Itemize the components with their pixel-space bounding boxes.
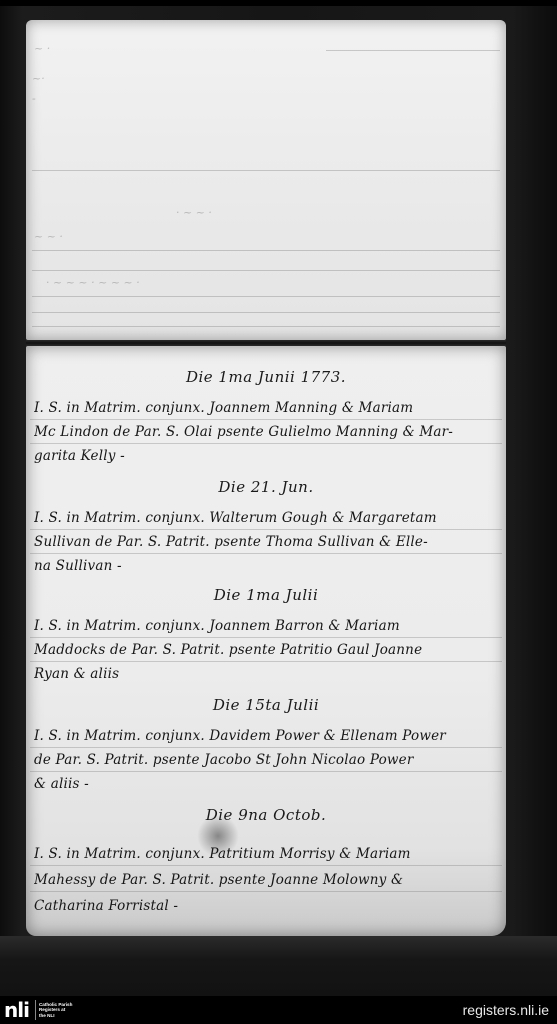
faint-ink-mark: · ~ ~ ~ · ~ ~ ~ · [46,276,140,289]
entry-text-line: de Par. S. Patrit. psente Jacobo St John… [34,752,500,768]
scan-bottom-edge [0,936,557,996]
entry-text-line: & aliis - [34,776,500,792]
faint-ink-mark: ~ · [34,42,50,55]
ruled-line [30,865,502,866]
entry-text-line: Ryan & aliis [34,666,500,682]
entry-text-line: I. S. in Matrim. conjunx. Joannem Barron… [34,618,500,634]
entry-text-line: garita Kelly - [34,448,500,464]
nli-brand[interactable]: nli Catholic Parish Registers at the NLI [0,996,73,1024]
entry-text-line: Catharina Forristal - [34,898,500,914]
site-link[interactable]: registers.nli.ie [463,1002,557,1018]
ruled-line [30,637,502,638]
scan-top-border [0,0,557,6]
ruled-line [32,312,500,313]
entry-text-line: I. S. in Matrim. conjunx. Walterum Gough… [34,510,500,526]
faint-ink-mark: - [32,92,36,105]
ruled-line [32,270,500,271]
ruled-line [30,529,502,530]
entry-text-line: I. S. in Matrim. conjunx. Patritium Morr… [34,846,500,862]
ruled-line [30,747,502,748]
ruled-line [32,296,500,297]
faint-ink-mark: ~ ~ · [34,230,63,243]
register-page: Die 1ma Junii 1773. I. S. in Matrim. con… [26,346,506,936]
ruled-line [326,50,500,51]
entry-date-heading: Die 1ma Julii [26,586,506,604]
entry-date-heading: Die 15ta Julii [26,696,506,714]
upper-page-faded: ~ · ~· - · ~ ~ · ~ ~ · · ~ ~ ~ · ~ ~ ~ · [26,20,506,340]
ruled-line [30,419,502,420]
entry-date-heading: Die 1ma Junii 1773. [26,368,506,386]
ruled-line [30,661,502,662]
ruled-line [32,250,500,251]
ruled-line [32,170,500,171]
entry-text-line: na Sullivan - [34,558,500,574]
scanned-register-image: ~ · ~· - · ~ ~ · ~ ~ · · ~ ~ ~ · ~ ~ ~ ·… [0,0,557,996]
ruled-line [30,771,502,772]
entry-text-line: Mahessy de Par. S. Patrit. psente Joanne… [34,872,500,888]
ruled-line [30,443,502,444]
ruled-line [30,891,502,892]
entry-text-line: Maddocks de Par. S. Patrit. psente Patri… [34,642,500,658]
faint-ink-mark: ~· [32,72,45,85]
ruled-line [32,326,500,327]
faint-ink-mark: · ~ ~ · [176,206,212,219]
entry-text-line: I. S. in Matrim. conjunx. Davidem Power … [34,728,500,744]
entry-date-heading: Die 21. Jun. [26,478,506,496]
footer-bar: nli Catholic Parish Registers at the NLI… [0,996,557,1024]
entry-text-line: I. S. in Matrim. conjunx. Joannem Mannin… [34,400,500,416]
ruled-line [30,553,502,554]
entry-text-line: Sullivan de Par. S. Patrit. psente Thoma… [34,534,500,550]
brand-text: Catholic Parish Registers at the NLI [39,1002,73,1018]
brand-line: the NLI [39,1013,73,1018]
entry-text-line: Mc Lindon de Par. S. Olai psente Gulielm… [34,424,500,440]
nli-logo: nli [4,1000,29,1020]
entry-date-heading: Die 9na Octob. [26,806,506,824]
brand-divider [35,1000,36,1020]
